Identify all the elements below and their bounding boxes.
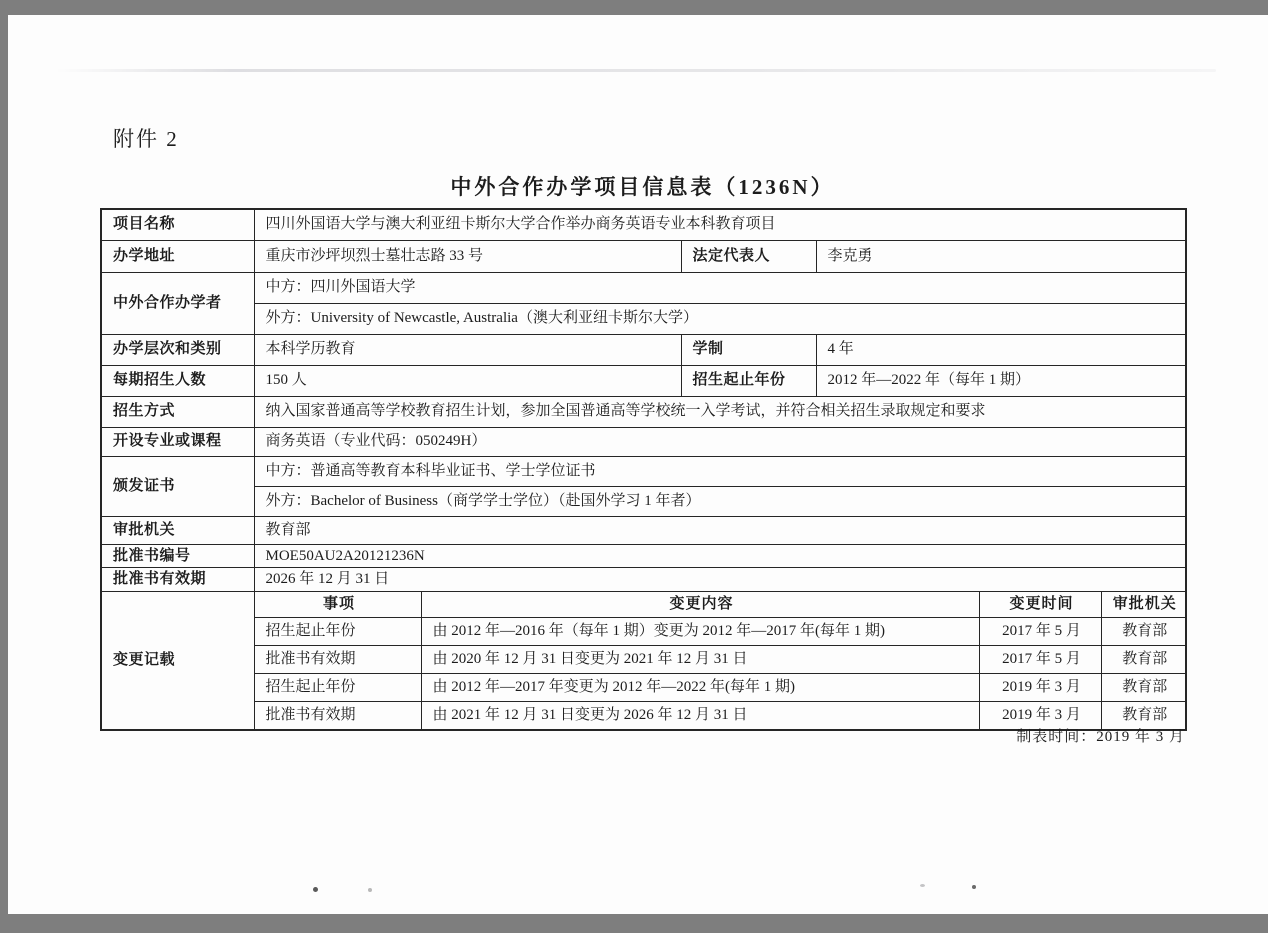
scan-speck [972, 885, 976, 889]
change-authority: 教育部 [1101, 646, 1186, 674]
approval-validity-label: 批准书有效期 [101, 568, 254, 592]
partners-chinese-value: 中方：四川外国语大学 [254, 272, 1186, 303]
partners-foreign-value: 外方：University of Newcastle, Australia（澳大… [254, 303, 1186, 334]
row-partners-foreign: 外方：University of Newcastle, Australia（澳大… [101, 303, 1186, 334]
row-approval-number: 批准书编号 MOE50AU2A20121236N [101, 544, 1186, 568]
certificates-foreign-value: 外方：Bachelor of Business（商学学士学位）（赴国外学习 1 … [254, 486, 1186, 516]
scan-speck [368, 888, 372, 892]
enrollment-label: 每期招生人数 [101, 365, 254, 396]
changes-header-content: 变更内容 [421, 592, 979, 618]
change-authority: 教育部 [1101, 618, 1186, 646]
duration-label: 学制 [681, 334, 816, 365]
row-changes-header: 变更记载 事项 变更内容 变更时间 审批机关 [101, 592, 1186, 618]
attachment-label: 附件 2 [113, 123, 179, 153]
period-value: 2012 年—2022 年（每年 1 期） [816, 365, 1186, 396]
change-record-row: 招生起止年份 由 2012 年—2016 年（每年 1 期）变更为 2012 年… [101, 618, 1186, 646]
row-address: 办学地址 重庆市沙坪坝烈士墓壮志路 33 号 法定代表人 李克勇 [101, 240, 1186, 272]
info-table: 项目名称 四川外国语大学与澳大利亚纽卡斯尔大学合作举办商务英语专业本科教育项目 … [100, 208, 1187, 731]
row-approval-validity: 批准书有效期 2026 年 12 月 31 日 [101, 568, 1186, 592]
scan-artifact-line [56, 69, 1216, 72]
changes-header-item: 事项 [254, 592, 421, 618]
row-project-name: 项目名称 四川外国语大学与澳大利亚纽卡斯尔大学合作举办商务英语专业本科教育项目 [101, 209, 1186, 240]
change-content: 由 2012 年—2016 年（每年 1 期）变更为 2012 年—2017 年… [421, 618, 979, 646]
admission-label: 招生方式 [101, 396, 254, 427]
project-name-value: 四川外国语大学与澳大利亚纽卡斯尔大学合作举办商务英语专业本科教育项目 [254, 209, 1186, 240]
change-content: 由 2020 年 12 月 31 日变更为 2021 年 12 月 31 日 [421, 646, 979, 674]
change-authority: 教育部 [1101, 674, 1186, 702]
majors-label: 开设专业或课程 [101, 427, 254, 456]
admission-value: 纳入国家普通高等学校教育招生计划，参加全国普通高等学校统一入学考试，并符合相关招… [254, 396, 1186, 427]
change-record-row: 招生起止年份 由 2012 年—2017 年变更为 2012 年—2022 年(… [101, 674, 1186, 702]
legal-rep-value: 李克勇 [816, 240, 1186, 272]
change-item: 招生起止年份 [254, 618, 421, 646]
row-majors: 开设专业或课程 商务英语（专业代码：050249H） [101, 427, 1186, 456]
screen: { "page": { "attachment_label": "附件 2", … [0, 0, 1268, 933]
approval-number-label: 批准书编号 [101, 544, 254, 568]
scan-speck [313, 887, 318, 892]
change-record-row: 批准书有效期 由 2020 年 12 月 31 日变更为 2021 年 12 月… [101, 646, 1186, 674]
enrollment-value: 150 人 [254, 365, 681, 396]
page-title: 中外合作办学项目信息表（1236N） [100, 171, 1185, 201]
info-table-container: 项目名称 四川外国语大学与澳大利亚纽卡斯尔大学合作举办商务英语专业本科教育项目 … [100, 208, 1187, 731]
certificates-label: 颁发证书 [101, 456, 254, 516]
changes-label: 变更记载 [101, 592, 254, 730]
approval-authority-label: 审批机关 [101, 516, 254, 544]
address-label: 办学地址 [101, 240, 254, 272]
change-time: 2019 年 3 月 [979, 674, 1101, 702]
document-page: 附件 2 中外合作办学项目信息表（1236N） 项目名称 四川外国语大学与澳大利… [8, 15, 1268, 914]
certificates-chinese-value: 中方：普通高等教育本科毕业证书、学士学位证书 [254, 456, 1186, 486]
change-content: 由 2012 年—2017 年变更为 2012 年—2022 年(每年 1 期) [421, 674, 979, 702]
change-item: 批准书有效期 [254, 646, 421, 674]
row-certificates-foreign: 外方：Bachelor of Business（商学学士学位）（赴国外学习 1 … [101, 486, 1186, 516]
project-name-label: 项目名称 [101, 209, 254, 240]
approval-validity-value: 2026 年 12 月 31 日 [254, 568, 1186, 592]
row-partners-chinese: 中外合作办学者 中方：四川外国语大学 [101, 272, 1186, 303]
scan-speck [920, 884, 925, 887]
duration-value: 4 年 [816, 334, 1186, 365]
level-value: 本科学历教育 [254, 334, 681, 365]
change-item: 招生起止年份 [254, 674, 421, 702]
change-time: 2017 年 5 月 [979, 646, 1101, 674]
row-level: 办学层次和类别 本科学历教育 学制 4 年 [101, 334, 1186, 365]
row-admission: 招生方式 纳入国家普通高等学校教育招生计划，参加全国普通高等学校统一入学考试，并… [101, 396, 1186, 427]
row-enrollment: 每期招生人数 150 人 招生起止年份 2012 年—2022 年（每年 1 期… [101, 365, 1186, 396]
period-label: 招生起止年份 [681, 365, 816, 396]
row-approval-authority: 审批机关 教育部 [101, 516, 1186, 544]
changes-header-time: 变更时间 [979, 592, 1101, 618]
level-label: 办学层次和类别 [101, 334, 254, 365]
approval-authority-value: 教育部 [254, 516, 1186, 544]
address-value: 重庆市沙坪坝烈士墓壮志路 33 号 [254, 240, 681, 272]
change-time: 2017 年 5 月 [979, 618, 1101, 646]
legal-rep-label: 法定代表人 [681, 240, 816, 272]
changes-header-authority: 审批机关 [1101, 592, 1186, 618]
partners-label: 中外合作办学者 [101, 272, 254, 334]
row-certificates-chinese: 颁发证书 中方：普通高等教育本科毕业证书、学士学位证书 [101, 456, 1186, 486]
approval-number-value: MOE50AU2A20121236N [254, 544, 1186, 568]
majors-value: 商务英语（专业代码：050249H） [254, 427, 1186, 456]
footer-note: 制表时间：2019 年 3 月 [100, 725, 1185, 746]
